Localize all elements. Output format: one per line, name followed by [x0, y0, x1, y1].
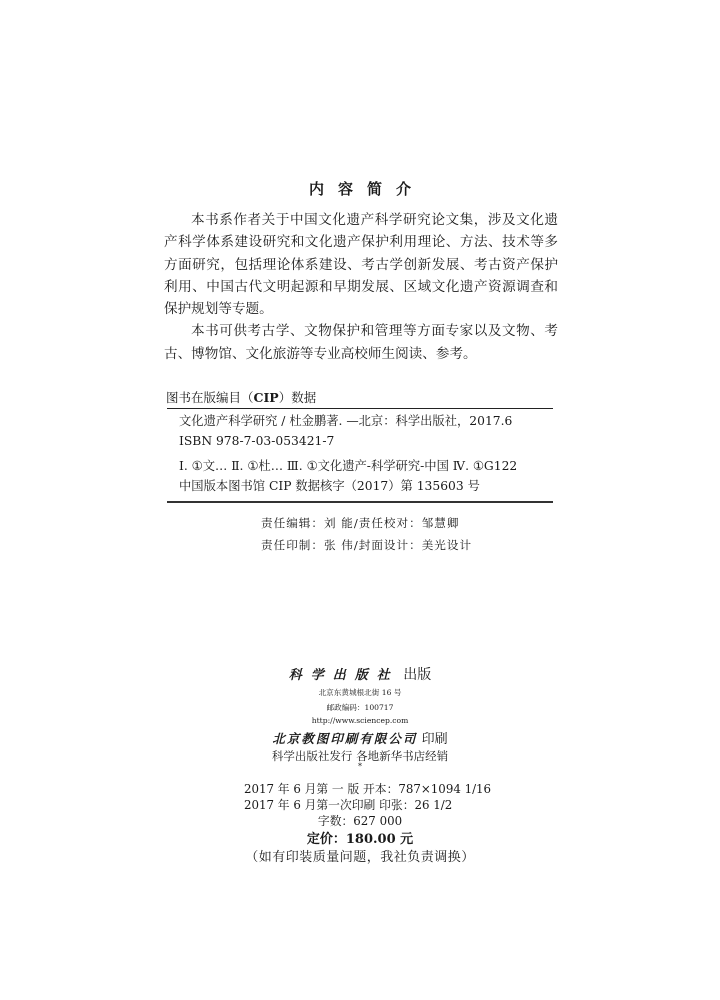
publisher-address: 北京东黄城根北街 16 号 [0, 687, 720, 698]
publisher-url: http://www.sciencep.com [0, 716, 720, 725]
edition-line: 2017 年 6 月第 一 版 开本：787×1094 1/16 [244, 780, 491, 797]
summary-paragraph: 本书可供考古学、文物保护和管理等方面专家以及文物、考古、博物馆、文化旅游等专业高… [164, 320, 558, 365]
summary-body: 本书系作者关于中国文化遗产科学研究论文集，涉及文化遗产科学体系建设研究和文化遗产… [164, 209, 558, 365]
summary-paragraph: 本书系作者关于中国文化遗产科学研究论文集，涉及文化遗产科学体系建设研究和文化遗产… [164, 209, 558, 320]
price-value: 180.00 元 [346, 832, 413, 847]
cip-record: 文化遗产科学研究 / 杜金鹏著. —北京：科学出版社，2017.6 ISBN 9… [179, 412, 559, 496]
credits-production-line: 责任印制：张 伟/封面设计：美光设计 [261, 534, 472, 556]
credits: 责任编辑：刘 能/责任校对：邹慧卿 责任印制：张 伟/封面设计：美光设计 [261, 512, 472, 556]
cip-classification-line: Ⅰ. ①文… Ⅱ. ①杜… Ⅲ. ①文化遗产-科学研究-中国 Ⅳ. ①G122 [179, 457, 559, 477]
publisher-suffix: 出版 [403, 667, 431, 683]
printer-logo: 北京教图印刷有限公司 [272, 731, 417, 746]
word-count: 字数：627 000 [0, 812, 720, 829]
summary-title: 内容简介 [0, 178, 720, 199]
cip-library-line: 中国版本图书馆 CIP 数据核字（2017）第 135603 号 [179, 477, 559, 497]
cip-bottom-rule [167, 501, 553, 503]
cip-heading-code: CIP [254, 390, 279, 405]
cip-top-rule [167, 408, 553, 409]
cip-heading-suffix: ）数据 [279, 390, 317, 405]
cip-heading: 图书在版编目（CIP）数据 [166, 388, 316, 406]
printer-line: 北京教图印刷有限公司 印刷 [0, 728, 720, 747]
printer-suffix: 印刷 [422, 732, 448, 747]
price-line: 定价：180.00 元 [0, 828, 720, 847]
publisher-postcode: 邮政编码：100717 [0, 702, 720, 713]
publisher-logo: 科学出版社 [289, 668, 399, 683]
printing-line: 2017 年 6 月第一次印刷 印张：26 1/2 [244, 796, 452, 813]
credits-editor-line: 责任编辑：刘 能/责任校对：邹慧卿 [261, 512, 472, 534]
separator-asterisk: * [0, 762, 720, 771]
cip-heading-prefix: 图书在版编目（ [166, 390, 254, 405]
cip-isbn-line: ISBN 978-7-03-053421-7 [179, 432, 559, 452]
price-label: 定价： [307, 832, 346, 847]
cip-title-line: 文化遗产科学研究 / 杜金鹏著. —北京：科学出版社，2017.6 [179, 412, 559, 432]
publisher-line: 科学出版社 出版 [0, 664, 720, 684]
quality-notice: （如有印装质量问题，我社负责调换） [0, 846, 720, 865]
